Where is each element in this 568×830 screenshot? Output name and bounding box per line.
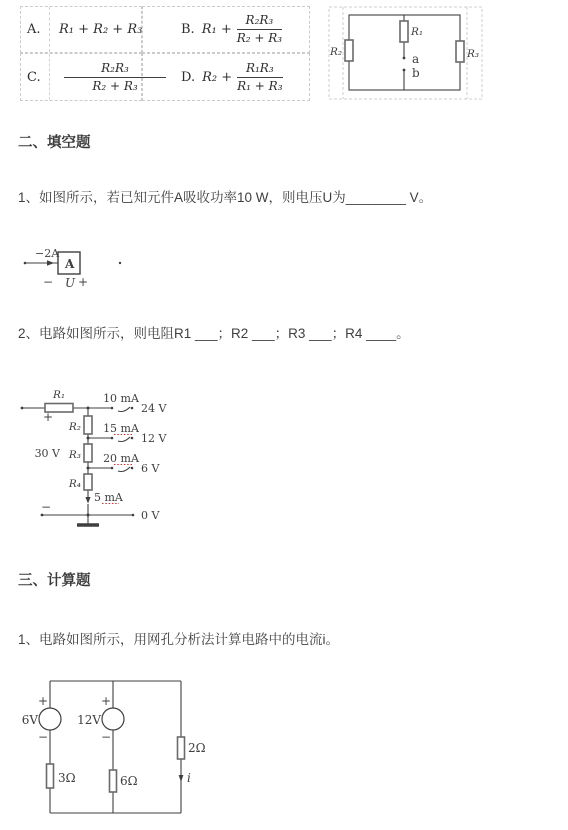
label-source-6v: 6V: [22, 713, 39, 727]
resistor-2ohm-symbol: [178, 737, 185, 759]
exam-page: A. R₁ + R₂ + R₃ B. R₁ + R₂R₃ R₂ + R₃ C. …: [0, 0, 568, 830]
label-resistor-2ohm: 2Ω: [188, 741, 206, 755]
label-r4: R₄: [68, 478, 81, 490]
label-current-15ma: 15 mA: [103, 422, 140, 435]
label-minus: −: [43, 275, 53, 289]
option-a-letter: A.: [21, 7, 50, 52]
label-minus-12v: −: [101, 730, 111, 744]
label-resistor-6ohm: 6Ω: [120, 774, 138, 788]
option-d-fraction: R₁R₃ R₁ + R₃: [237, 61, 282, 94]
label-source-30v: 30 V: [35, 447, 61, 460]
current-i-arrowhead: [179, 775, 184, 782]
label-voltage-12v: 12 V: [141, 432, 167, 445]
label-voltage-6v: 6 V: [141, 462, 160, 475]
label-r3: R₃: [68, 449, 81, 461]
label-r1: R₁: [410, 26, 423, 38]
options-table: A. R₁ + R₂ + R₃ B. R₁ + R₂R₃ R₂ + R₃ C. …: [20, 6, 310, 101]
resistor-r1-symbol: [400, 21, 408, 42]
label-r2: R₂: [68, 421, 81, 433]
option-c: C. R₂R₃ R₂ + R₃: [20, 53, 142, 101]
label-plus-12v: +: [101, 694, 111, 708]
option-d-prefix: R₂ +: [202, 70, 232, 85]
option-b-fraction: R₂R₃ R₂ + R₃: [237, 13, 282, 46]
option-d: D. R₂ + R₁R₃ R₁ + R₃: [142, 53, 310, 101]
right-terminal-dot: [119, 262, 121, 264]
question-2-text: 2、电路如图所示，则电阻R1 ___；R2 ___；R3 ___；R4 ____…: [18, 322, 410, 342]
label-plus: +: [43, 410, 53, 424]
option-d-numerator: R₁R₃: [237, 61, 282, 78]
option-d-letter: D.: [175, 70, 195, 85]
label-current-20ma: 20 mA: [103, 452, 140, 465]
label-voltage-24v: 24 V: [141, 402, 167, 415]
resistor-r4-symbol: [84, 474, 92, 490]
label-current-i: i: [187, 771, 191, 785]
voltage-source-12v-symbol: [102, 708, 124, 730]
option-b-letter: B.: [175, 22, 195, 37]
option-b-prefix: R₁ +: [202, 22, 232, 37]
resistor-r2-symbol: [345, 40, 353, 61]
label-current-10ma: 10 mA: [103, 392, 140, 405]
section-heading-calculation: 三、计算题: [18, 569, 91, 590]
current-arrowhead: [47, 260, 54, 265]
current-5ma-arrowhead: [85, 497, 90, 504]
voltage-source-6v-symbol: [39, 708, 61, 730]
option-b-denominator: R₂ + R₃: [237, 30, 282, 46]
label-plus: +: [78, 275, 88, 289]
label-source-12v: 12V: [77, 713, 101, 727]
label-current-5ma: 5 mA: [94, 491, 124, 504]
circuit-element-a-diagram: −2A A − U +: [18, 228, 138, 292]
circuit-ladder-diagram: R₁ R₂ R₃ R₄ 10 mA 15 mA 20 mA 5 mA 24 V …: [15, 382, 183, 534]
terminal-a-dot: [403, 57, 406, 60]
label-r2: R₂: [329, 46, 342, 58]
option-d-denominator: R₁ + R₃: [237, 78, 282, 94]
question-3-text: 1、电路如图所示，用网孔分析法计算电路中的电流i。: [18, 628, 339, 648]
label-element-a: A: [64, 257, 75, 271]
option-a-formula: R₁ + R₂ + R₃: [59, 22, 142, 37]
resistor-r3-symbol: [456, 41, 464, 62]
resistor-r3-symbol: [84, 444, 92, 462]
resistor-r2-symbol: [84, 416, 92, 434]
wire-start-dot: [24, 262, 27, 265]
terminal-b-dot: [403, 69, 406, 72]
option-c-letter: C.: [21, 54, 50, 100]
label-resistor-3ohm: 3Ω: [58, 771, 76, 785]
circuit-mesh-diagram: + − + − 6V 12V 3Ω 6Ω 2Ω i: [14, 672, 218, 824]
option-a: A. R₁ + R₂ + R₃: [20, 6, 142, 53]
label-r1: R₁: [52, 389, 65, 401]
question-1-text: 1、如图所示，若已知元件A吸收功率10 W，则电压U为________ V。: [18, 186, 432, 206]
resistor-6ohm-symbol: [110, 770, 117, 792]
option-b: B. R₁ + R₂R₃ R₂ + R₃: [142, 6, 310, 53]
label-terminal-a: a: [412, 52, 419, 66]
label-r3: R₃: [466, 48, 479, 60]
label-minus-6v: −: [38, 730, 48, 744]
label-minus: −: [41, 500, 51, 514]
section-heading-fill-blanks: 二、填空题: [18, 131, 91, 152]
circuit-equivalent-resistance-diagram: R₁ R₂ R₃ a b: [328, 4, 484, 102]
resistor-3ohm-symbol: [47, 764, 54, 788]
label-current: −2A: [35, 247, 60, 260]
circuit-wires: [50, 681, 181, 813]
option-b-numerator: R₂R₃: [237, 13, 282, 30]
label-voltage-u: U: [65, 276, 76, 290]
label-voltage-0v: 0 V: [141, 509, 160, 522]
label-terminal-b: b: [412, 66, 420, 80]
label-plus-6v: +: [38, 694, 48, 708]
